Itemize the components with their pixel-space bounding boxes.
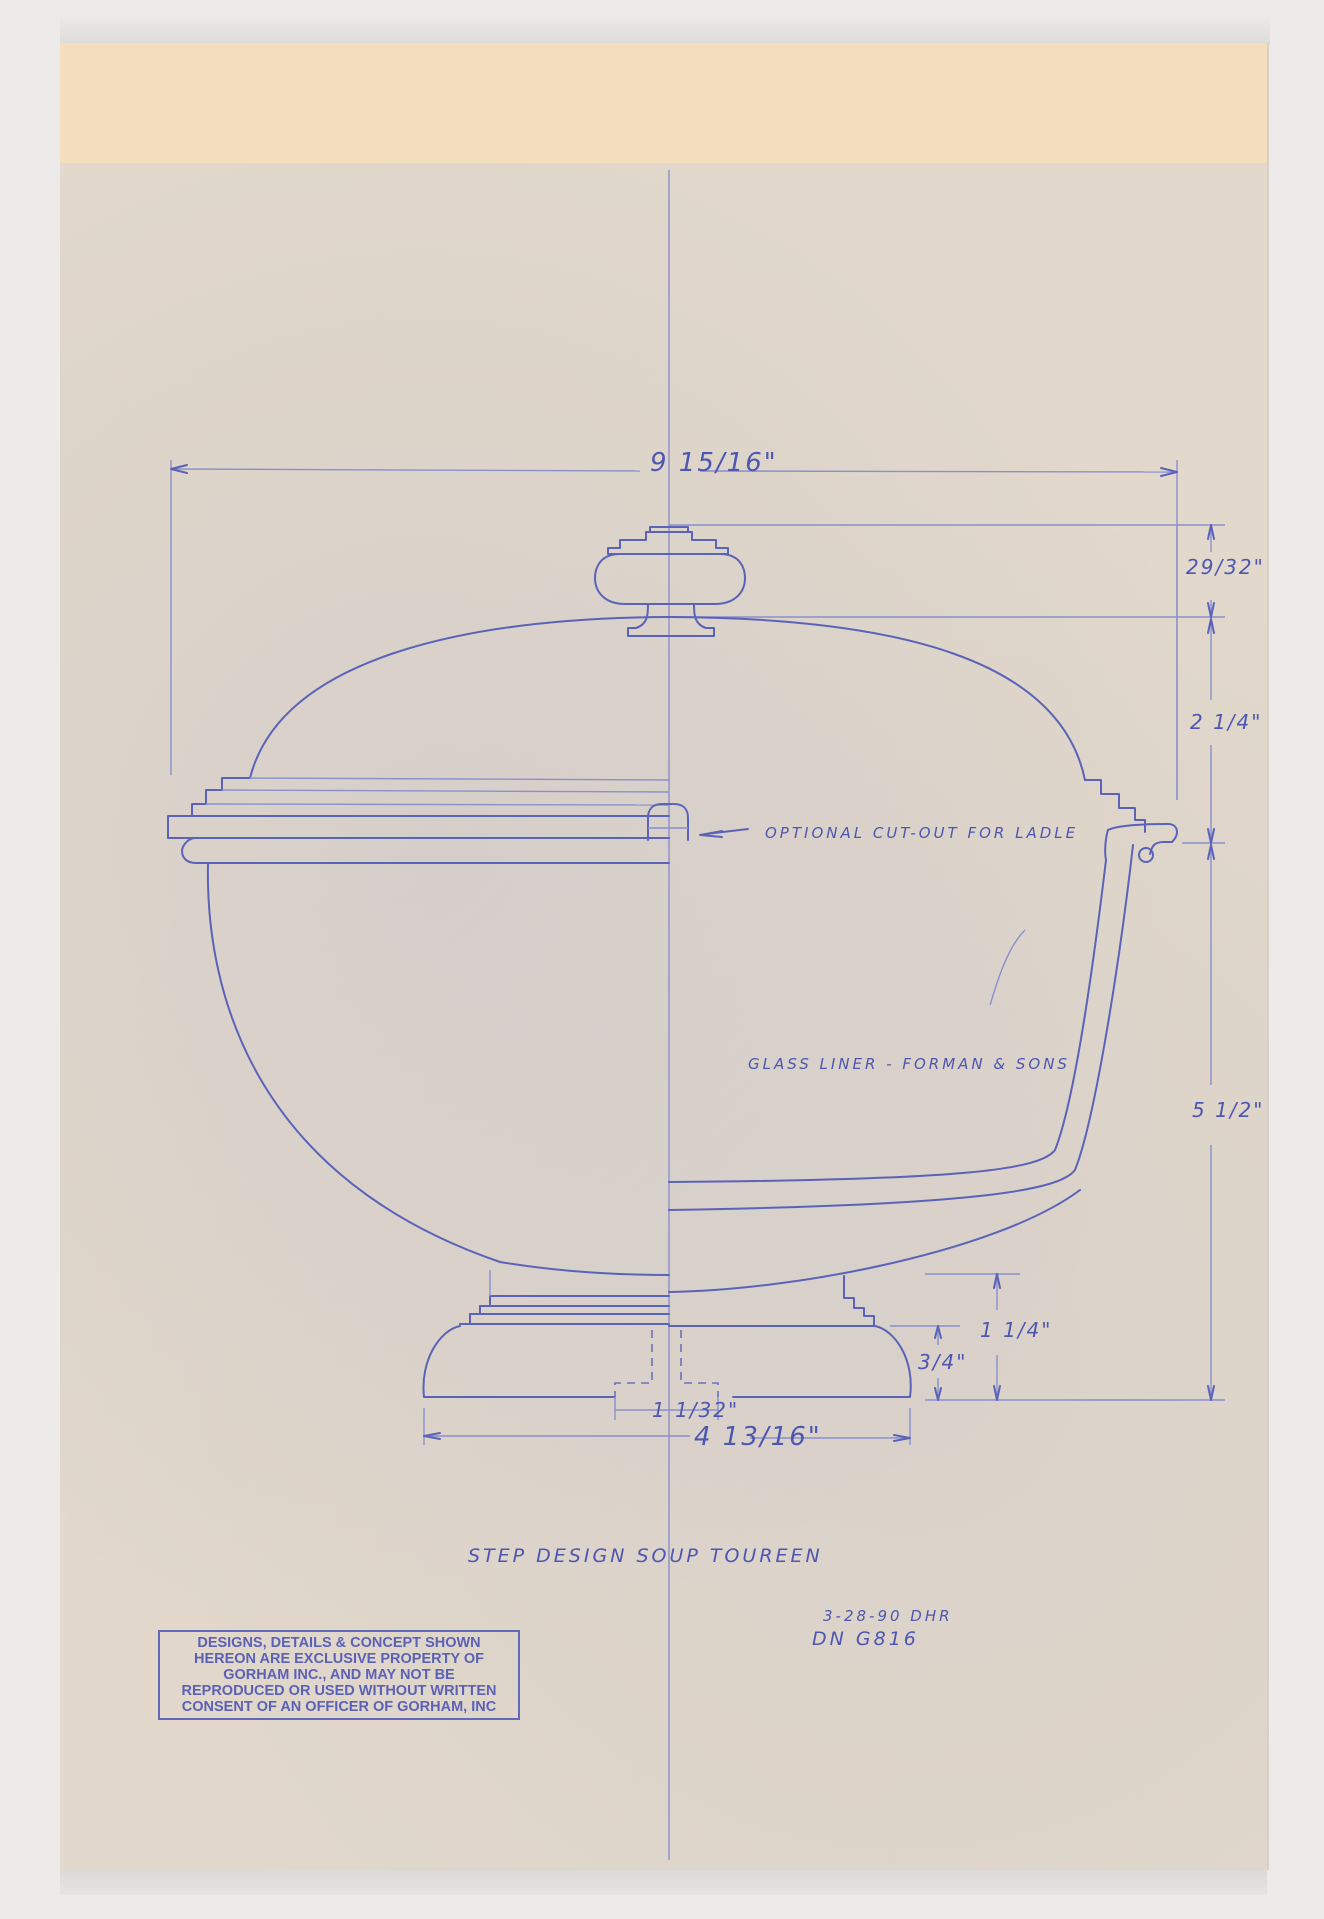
glass-liner-mark <box>990 930 1025 1005</box>
gorham-property-stamp: DESIGNS, DETAILS & CONCEPT SHOWN HEREON … <box>158 1630 520 1720</box>
design-number: DN G816 <box>812 1628 919 1650</box>
foot-center-width-label: 1 1/32" <box>652 1398 739 1422</box>
bowl-height-label: 5 1/2" <box>1192 1098 1264 1122</box>
stamp-line: CONSENT OF AN OFFICER OF GORHAM, INC <box>160 1699 518 1715</box>
knob-height-label: 29/32" <box>1186 555 1265 579</box>
lid-height-label: 2 1/4" <box>1190 710 1262 734</box>
foot-width-label: 4 13/16" <box>694 1422 822 1452</box>
foot-base-height-label: 3/4" <box>918 1350 967 1374</box>
ladle-cutout <box>648 804 688 840</box>
overall-width-dimension <box>171 460 1177 800</box>
tureen-handle <box>669 824 1177 1210</box>
drawing-date-initials: 3-28-90 DHR <box>823 1607 953 1625</box>
lid-knob <box>595 527 745 636</box>
stamp-line: GORHAM INC., AND MAY NOT BE <box>160 1667 518 1683</box>
bowl-body-right <box>669 1190 1080 1292</box>
bowl-body-left <box>208 863 669 1275</box>
stamp-line: HEREON ARE EXCLUSIVE PROPERTY OF <box>160 1651 518 1667</box>
drawing-title: STEP DESIGN SOUP TOUREEN <box>468 1545 823 1567</box>
foot-base <box>423 1326 910 1397</box>
lid-dome <box>250 617 1085 780</box>
height-dimension-line <box>1177 525 1214 1400</box>
ladle-cutout-note: OPTIONAL CUT-OUT FOR LADLE <box>765 824 1078 842</box>
lid-steps-left <box>192 778 250 816</box>
stamp-line: REPRODUCED OR USED WITHOUT WRITTEN <box>160 1683 518 1699</box>
ladle-arrow <box>700 829 748 837</box>
overall-width-label: 9 15/16" <box>650 448 778 478</box>
foot-hidden-lines <box>615 1330 718 1397</box>
foot-height-label: 1 1/4" <box>980 1318 1052 1342</box>
glass-liner-note: GLASS LINER - FORMAN & SONS <box>748 1055 1070 1073</box>
bowl-lip <box>182 838 669 863</box>
stamp-line: DESIGNS, DETAILS & CONCEPT SHOWN <box>160 1635 518 1651</box>
lid-rim-band <box>168 816 669 838</box>
